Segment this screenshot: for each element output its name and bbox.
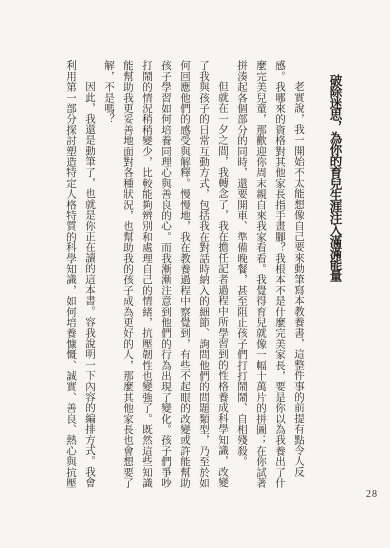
body-column-8: 孩子學習如何培養同理心與善良的心。而我漸漸注意到他們的行為出現了變化。孩子們爭吵 (156, 60, 175, 502)
body-column-1: 老實說，我一開始不太能想像自己要來動筆寫本教養書，這整件事的前提有點令人反 (289, 60, 308, 502)
body-column-9: 打鬧的情況稍稍變少，比較能夠辨別和處理自己的情緒，抗壓韌性也變強了。既然這些知識 (137, 60, 156, 502)
body-column-6: 了我與孩子的日常互動方式，包括我在對話時納入的細節、詢問他們的問題類型，乃至於如 (194, 60, 213, 502)
chapter-title: 破除迷思，為你的育兒生涯注入滿滿能量 (320, 60, 350, 502)
body-column-4: 拼湊起各個部分的同時，還要開車、準備晚餐，甚至阻止孩子們打打鬧鬧、自相殘殺。 (232, 60, 251, 502)
body-column-11: 解，不是嗎？ (99, 60, 118, 502)
body-column-13: 利用第一部分探討塑造特定人格特質的科學知識，如何培養慷慨、誠實、善良、熱心與抗壓 (61, 60, 80, 502)
body-column-7: 何回應他們的感受與解釋。慢慢地，我在教養過程中察覺到，有些不起眼的改變或許能幫助 (175, 60, 194, 502)
body-column-2: 感。我哪來的資格對其他家長指手畫腳？我根本不是什麼完美家長，要是你以為我養出了什 (270, 60, 289, 502)
body-column-10: 能幫助我更妥善地面對各種狀況，也幫助我的孩子成為更好的人，那麼其他家長也會想要了 (118, 60, 137, 502)
book-page: 破除迷思，為你的育兒生涯注入滿滿能量 老實說，我一開始不太能想像自己要來動筆寫本… (0, 0, 390, 548)
body-column-5: 但就在一夕之間，我轉念了，我在擔任記者過程中所學習到的性格養成科學知識，改變 (213, 60, 232, 502)
body-column-3: 麼完美兒童，那歡迎你周末親自來我家看看。我覺得育兒就像一幅十萬片的拼圖；在你試著 (251, 60, 270, 502)
page-text-area: 破除迷思，為你的育兒生涯注入滿滿能量 老實說，我一開始不太能想像自己要來動筆寫本… (61, 60, 350, 502)
body-column-12: 因此，我還是動筆了，也就是你正在讀的這本書。容我說明一下內容的編排方式。我會 (80, 60, 99, 502)
page-number: 28 (366, 489, 378, 500)
